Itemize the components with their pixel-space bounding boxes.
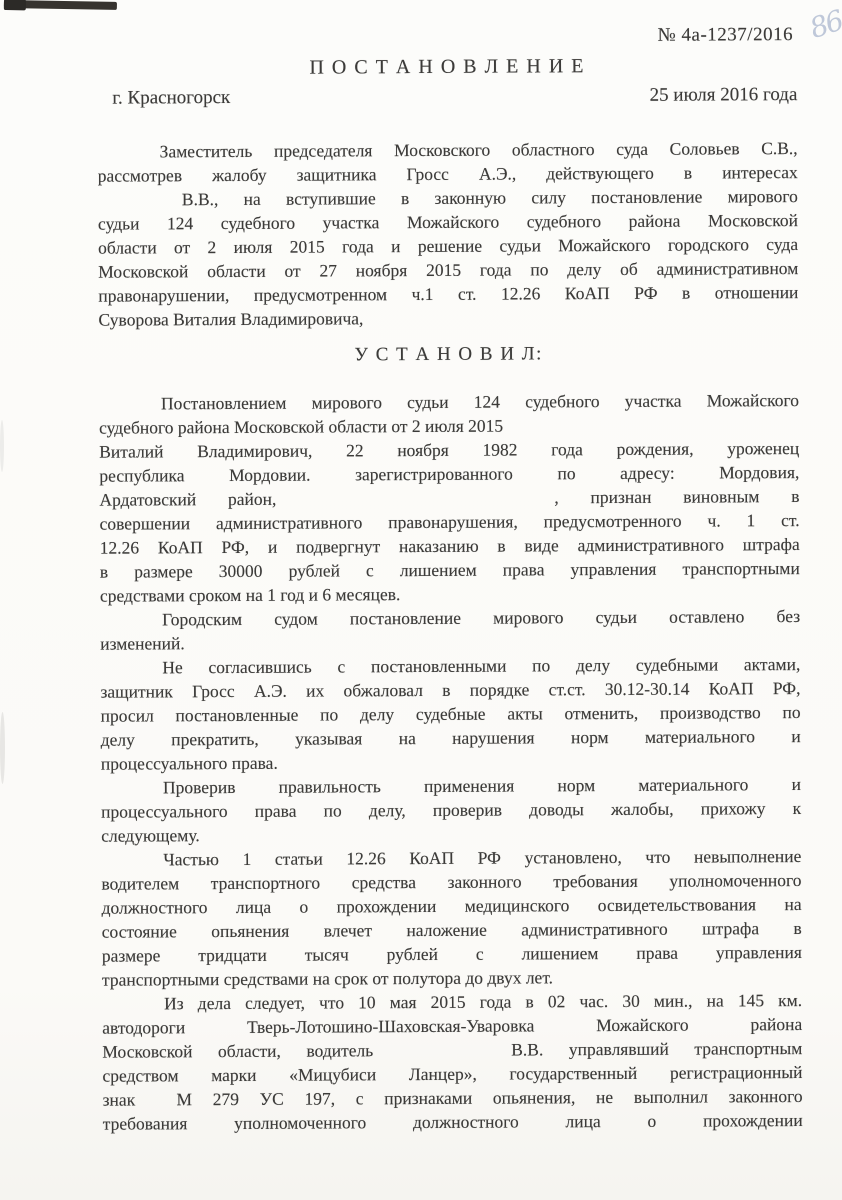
- text-line: должностного лица о прохождении медицинс…: [102, 892, 802, 920]
- text-line: защитник Гросс А.Э. их обжаловал в поряд…: [100, 676, 800, 704]
- document-date: 25 июля 2016 года: [650, 84, 798, 107]
- redaction-gap: [373, 1054, 511, 1057]
- text-line: Московской области от 27 ноября 2015 год…: [98, 256, 798, 284]
- text-line: Постановлением мирового судьи 124 судебн…: [99, 388, 799, 416]
- text-line: правонарушении, предусмотренном ч.1 ст. …: [98, 280, 798, 308]
- text-line: 12.26 КоАП РФ, и подвергнут наказанию в …: [100, 532, 800, 560]
- text-line: автодороги Тверь-Лотошино-Шаховская-Увар…: [102, 1012, 802, 1040]
- text-line: следующему.: [101, 820, 801, 848]
- document-page: 86 № 4а-1237/2016 П О С Т А Н О В Л Е Н …: [0, 0, 842, 1200]
- case-number: № 4а-1237/2016: [658, 24, 794, 47]
- text-line: знак М 279 УС 197, с признаками опьянени…: [103, 1084, 803, 1112]
- text-line: совершении административного правонаруше…: [100, 508, 800, 536]
- text-line: средствами сроком на 1 год и 6 месяцев.: [100, 580, 800, 608]
- text-line: просил постановленные по делу судебные а…: [101, 700, 801, 728]
- redaction-gap: [98, 203, 182, 205]
- text-line: размере тридцати тысяч рублей с лишением…: [102, 940, 802, 968]
- text-line: водителем транспортного средства законно…: [101, 868, 801, 896]
- text-line: процессуального права по делу, проверив …: [101, 796, 801, 824]
- text-line: состояние опьянения влечет наложение адм…: [102, 916, 802, 944]
- text-line: области от 2 июля 2015 года и решение су…: [98, 232, 798, 260]
- text-line: судебного района Московской области от 2…: [99, 412, 799, 440]
- text-line: Заместитель председателя Московского обл…: [98, 136, 798, 164]
- text-line: в размере 30000 рублей с лишением права …: [100, 556, 800, 584]
- text-line: требования уполномоченного должностного …: [103, 1108, 803, 1136]
- city-date-row: г. Красногорск 25 июля 2016 года: [97, 84, 797, 110]
- text-line: Не согласившись с постановленными по дел…: [100, 652, 800, 680]
- redaction-gap: [276, 501, 554, 504]
- text-line: Проверив правильность применения норм ма…: [101, 772, 801, 800]
- section-heading: У С Т А Н О В И Л:: [99, 341, 799, 369]
- text-line: судьи 124 судебного участка Можайского с…: [98, 208, 798, 236]
- text-line: Городским судом постановление мирового с…: [100, 604, 800, 632]
- text-line: республика Мордовии. зарегистрированного…: [99, 460, 799, 488]
- text-line: Частью 1 статьи 12.26 КоАП РФ установлен…: [101, 844, 801, 872]
- document-body: Заместитель председателя Московского обл…: [98, 136, 803, 1136]
- text-line: Суворова Виталия Владимировича,: [98, 304, 798, 332]
- text-line: Виталий Владимирович, 22 ноября 1982 год…: [99, 436, 799, 464]
- document-title: П О С Т А Н О В Л Е Н И Е: [97, 54, 797, 81]
- text-line: делу прекратить, указывая на нарушения н…: [101, 724, 801, 752]
- text-line: изменений.: [100, 628, 800, 656]
- document-content: № 4а-1237/2016 П О С Т А Н О В Л Е Н И Е…: [0, 0, 842, 1200]
- text-line: Московской области, водительВ.В. управля…: [102, 1036, 802, 1064]
- text-line: Из дела следует, что 10 мая 2015 года в …: [102, 988, 802, 1016]
- intro-paragraph: Заместитель председателя Московского обл…: [98, 136, 799, 332]
- text-line: средством марки «Мицубиси Ланцер», госуд…: [102, 1060, 802, 1088]
- text-line: транспортными средствами на срок от полу…: [102, 964, 802, 992]
- text-line: В.В., на вступившие в законную силу пост…: [98, 184, 798, 212]
- text-line: Ардатовский район,, признан виновным в: [99, 484, 799, 512]
- text-line: процессуального права.: [101, 748, 801, 776]
- city-label: г. Красногорск: [112, 87, 230, 110]
- text-line: рассмотрев жалобу защитника Гросс А.Э., …: [98, 160, 798, 188]
- paragraphs: Постановлением мирового судьи 124 судебн…: [99, 388, 803, 1136]
